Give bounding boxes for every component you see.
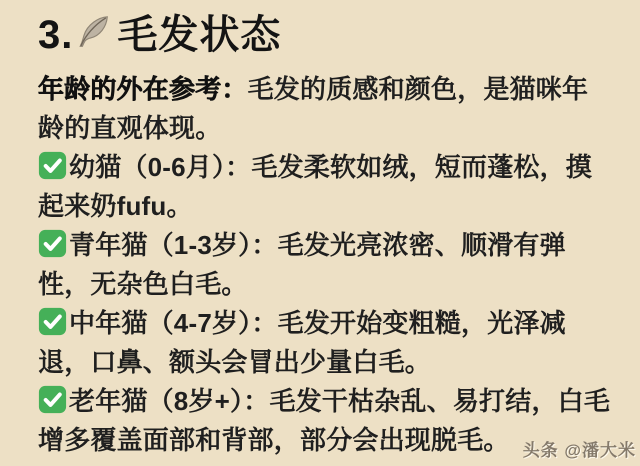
article-body: 年龄的外在参考：毛发的质感和颜色，是猫咪年龄的直观体现。 幼猫（0-6月）：毛发… (38, 70, 614, 460)
check-mark-icon (38, 229, 67, 258)
page-title: 3. 毛发状态 (38, 6, 614, 64)
item-label: 幼猫（0-6月）： (69, 152, 251, 182)
check-mark-icon (38, 151, 67, 180)
item-kitten: 幼猫（0-6月）：毛发柔软如绒，短而蓬松，摸起来奶fufu。 (38, 148, 614, 226)
item-middle-aged-cat: 中年猫（4-7岁）：毛发开始变粗糙，光泽减退，口鼻、额头会冒出少量白毛。 (38, 304, 614, 382)
title-number: 3. (38, 6, 73, 64)
item-label: 中年猫（4-7岁）： (69, 308, 278, 338)
watermark: 头条 @潘大米 (523, 436, 636, 461)
check-mark-icon (38, 307, 67, 336)
intro-paragraph: 年龄的外在参考：毛发的质感和颜色，是猫咪年龄的直观体现。 (38, 70, 614, 148)
title-text: 毛发状态 (117, 6, 281, 64)
watermark-handle: @潘大米 (564, 441, 636, 460)
check-mark-icon (38, 385, 67, 414)
feather-icon (75, 13, 113, 51)
intro-lead: 年龄的外在参考： (38, 74, 248, 104)
item-young-cat: 青年猫（1-3岁）：毛发光亮浓密、顺滑有弹性，无杂色白毛。 (38, 226, 614, 304)
watermark-platform: 头条 (523, 441, 559, 460)
item-label: 老年猫（8岁+）： (69, 386, 269, 416)
page-root: 3. 毛发状态 年龄的外在参考：毛发的质感和颜色，是猫咪年龄的直观体现。 幼猫（… (0, 0, 640, 466)
item-label: 青年猫（1-3岁）： (69, 230, 278, 260)
